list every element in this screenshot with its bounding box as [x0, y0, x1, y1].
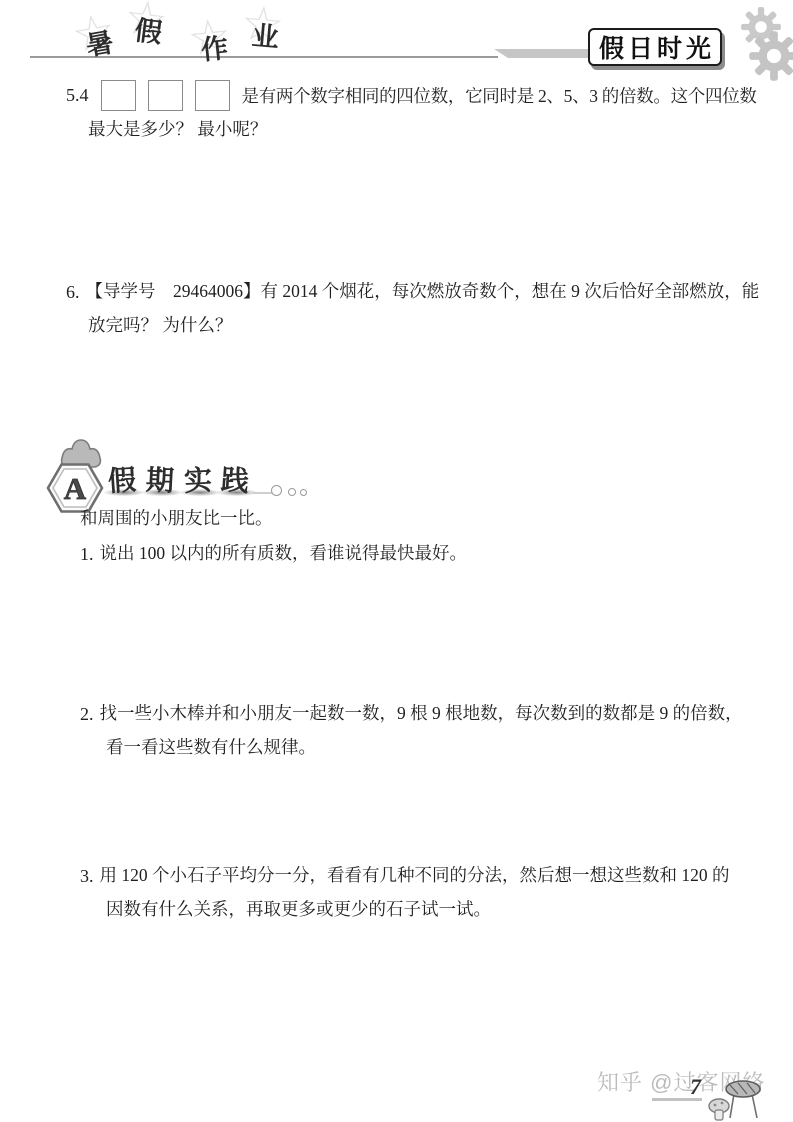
item-number: 1.	[80, 543, 94, 566]
page-number: 7	[690, 1074, 701, 1100]
question-number: 6.	[66, 281, 80, 304]
item-number: 2.	[80, 703, 94, 726]
practice-item-3: 3. 用 120 个小石子平均分一分，看看有几种不同的分法，然后想一想这些数和 …	[80, 865, 730, 888]
holiday-banner-label: 假日时光	[599, 29, 715, 65]
practice-intro: 和周围的小朋友比一比。	[80, 508, 273, 530]
question-number: 5.	[66, 80, 80, 106]
practice-item-2-line2: 看一看这些数有什么规律。	[106, 737, 316, 759]
section-title-char: 实	[183, 458, 213, 499]
item-text: 用 120 个小石子平均分一分，看看有几种不同的分法，然后想一想这些数和 120…	[100, 865, 730, 888]
item-text: 说出 100 以内的所有质数，看谁说得最快最好。	[100, 543, 468, 566]
answer-box[interactable]	[195, 80, 230, 111]
holiday-banner: 假日时光	[588, 28, 722, 66]
question-5-text: 是有两个数字相同的四位数，它同时是 2、5、3 的倍数。这个四位数	[242, 80, 764, 108]
question-6-text-line2: 放完吗？ 为什么？	[88, 315, 232, 337]
practice-item-3-line2: 因数有什么关系，再取更多或更少的石子试一试。	[106, 899, 491, 921]
brand-char: ☆ 业	[242, 11, 292, 61]
ellipsis-circle-icon	[271, 485, 282, 496]
answer-box[interactable]	[148, 80, 183, 111]
answer-box[interactable]	[101, 80, 136, 111]
brand-char-text: 假	[133, 8, 165, 50]
footer-doodle-icon	[702, 1076, 766, 1122]
question-5-text-line2: 最大是多少？ 最小呢？	[88, 119, 267, 141]
title-shadow-tail	[252, 492, 272, 494]
practice-item-1: 1. 说出 100 以内的所有质数，看谁说得最快最好。	[80, 543, 467, 566]
brand-char-text: 作	[199, 26, 230, 68]
brand-char-text: 业	[250, 14, 280, 55]
workbook-page: ☆ 暑 ☆ 假 ☆ 作 ☆ 业	[0, 0, 793, 1122]
ellipsis-circle-icon	[288, 488, 296, 496]
section-title-char: 假	[107, 458, 138, 500]
section-title-char: 期	[145, 458, 175, 499]
badge-crown	[62, 440, 101, 467]
practice-item-2: 2. 找一些小木棒并和小朋友一起数一数，9 根 9 根地数，每次数到的数都是 9…	[80, 703, 743, 726]
item-text: 找一些小木棒并和小朋友一起数一数，9 根 9 根地数，每次数到的数都是 9 的倍…	[100, 703, 743, 726]
section-title-char: 践	[220, 458, 251, 500]
brand-char: ☆ 假	[124, 5, 175, 56]
brand-char: ☆ 暑	[74, 16, 127, 69]
section-badge-letter: A	[64, 471, 87, 506]
question-5-lead-digit: 4	[80, 80, 89, 106]
header-ramp	[494, 49, 590, 58]
item-number: 3.	[80, 865, 94, 888]
question-6: 6. 【导学号 29464006】有 2014 个烟花，每次燃放奇数个，想在 9…	[66, 281, 759, 304]
question-5: 5.4 是有两个数字相同的四位数，它同时是 2、5、3 的倍数。这个四位数	[66, 80, 764, 111]
gear-icon	[748, 30, 793, 82]
brand-char: ☆ 作	[191, 23, 242, 74]
question-6-text: 【导学号 29464006】有 2014 个烟花，每次燃放奇数个，想在 9 次后…	[86, 281, 760, 304]
ellipsis-circle-icon	[300, 489, 307, 496]
